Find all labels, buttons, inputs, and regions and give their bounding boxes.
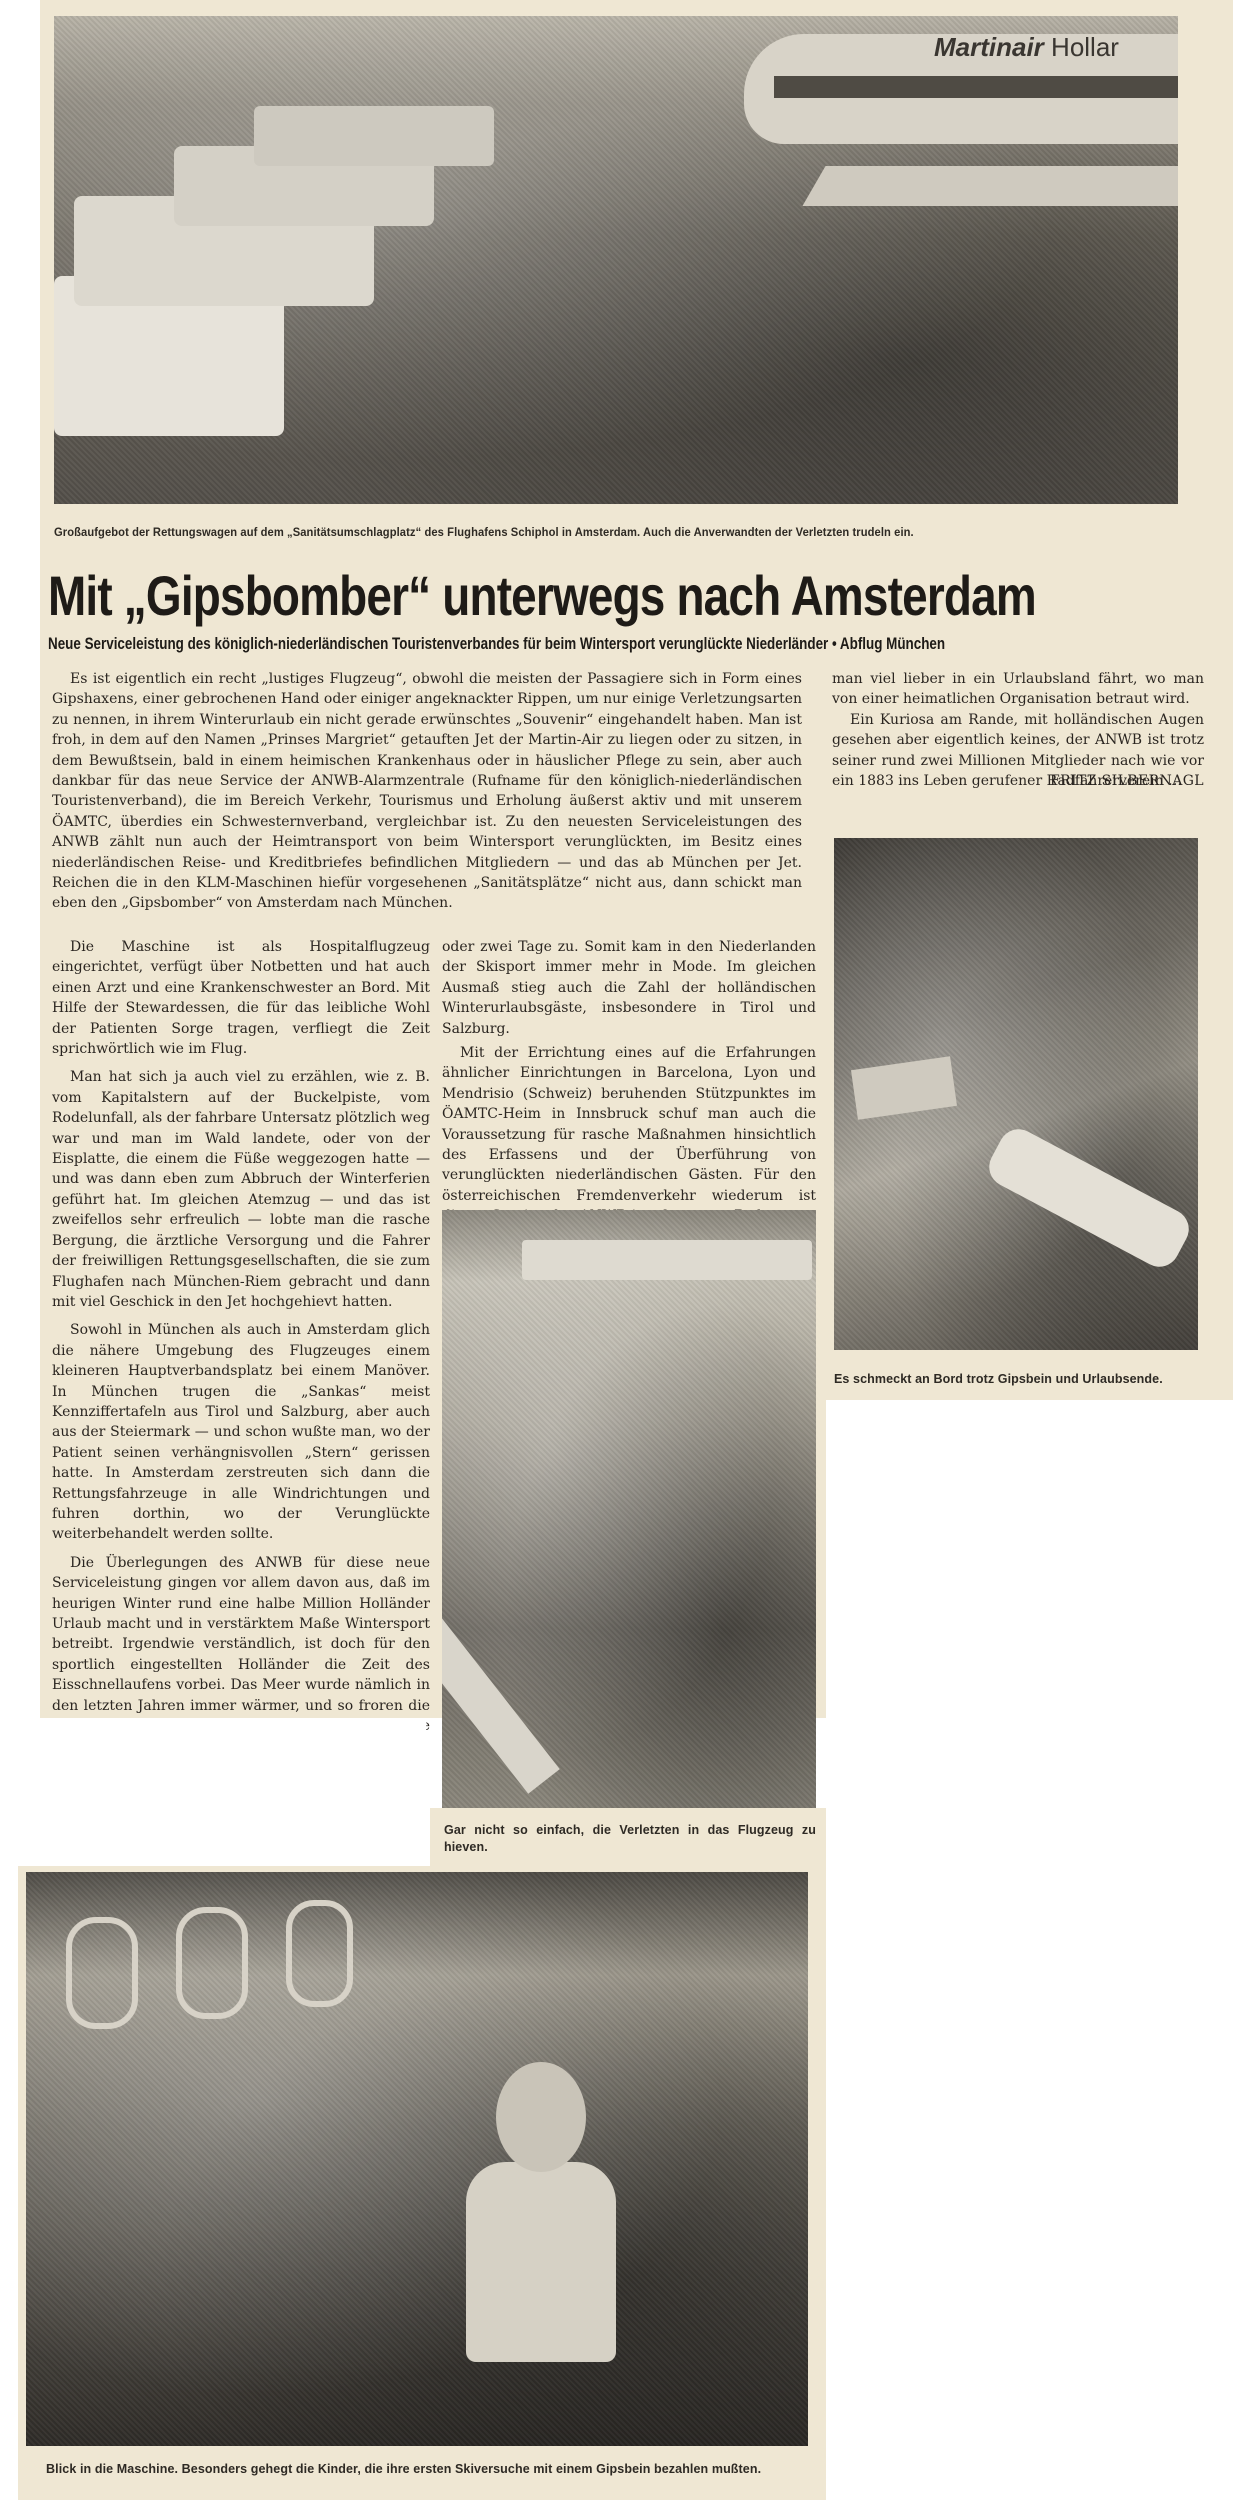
ambulance-row bbox=[522, 1240, 812, 1280]
martinair-logo: Martinair Hollar bbox=[934, 32, 1119, 63]
photo-loading-stairs bbox=[442, 1210, 816, 1808]
article-headline: Mit „Gipsbomber“ unterwegs nach Amsterda… bbox=[48, 565, 1007, 627]
photo-caption-bottom: Blick in die Maschine. Besonders gehegt … bbox=[46, 2461, 811, 2478]
article-column-1: Die Maschine ist als Hospitalflugzeug ei… bbox=[52, 937, 430, 1765]
column-2-paragraph-1: oder zwei Tage zu. Somit kam in den Nied… bbox=[442, 937, 816, 1039]
lead-paragraph: Es ist eigentlich ein recht „lustiges Fl… bbox=[52, 669, 802, 914]
photo-eating-on-board bbox=[834, 838, 1198, 1350]
aircraft-stripe bbox=[774, 76, 1178, 98]
article-lead: Es ist eigentlich ein recht „lustiges Fl… bbox=[52, 669, 802, 922]
column-1-paragraph-3: Sowohl in München als auch in Amsterdam … bbox=[52, 1320, 430, 1544]
article-column-2: oder zwei Tage zu. Somit kam in den Nied… bbox=[442, 937, 816, 1255]
photo-ambulances-schiphol: Martinair Hollar bbox=[54, 16, 1178, 504]
photo-grain bbox=[26, 1872, 808, 2446]
cabin-window-1 bbox=[66, 1917, 138, 2029]
photo-cabin-children bbox=[26, 1872, 808, 2446]
column-1-paragraph-2: Man hat sich ja auch viel zu erzählen, w… bbox=[52, 1067, 430, 1312]
article-column-3: man viel lieber in ein Urlaubsland fährt… bbox=[832, 669, 1204, 792]
article-subheadline: Neue Serviceleistung des königlich-niede… bbox=[48, 633, 980, 655]
aircraft-wing bbox=[802, 166, 1178, 206]
cabin-window-2 bbox=[176, 1907, 248, 2019]
photo-caption-right: Es schmeckt an Bord trotz Gipsbein und U… bbox=[834, 1371, 1214, 1388]
column-1-paragraph-1: Die Maschine ist als Hospitalflugzeug ei… bbox=[52, 937, 430, 1059]
photo-caption-middle: Gar nicht so einfach, die Verletzten in … bbox=[444, 1822, 816, 1856]
clipping-cutout bbox=[0, 1718, 426, 1843]
child-head bbox=[496, 2062, 586, 2172]
child-sweater bbox=[466, 2162, 616, 2362]
cabin-window-3 bbox=[286, 1900, 353, 2007]
ambulance-4 bbox=[254, 106, 494, 166]
photo-caption-top: Großaufgebot der Rettungswagen auf dem „… bbox=[54, 524, 1142, 541]
clipping-cutout-right bbox=[826, 1400, 1233, 1870]
column-3-paragraph-1: man viel lieber in ein Urlaubsland fährt… bbox=[832, 669, 1204, 710]
